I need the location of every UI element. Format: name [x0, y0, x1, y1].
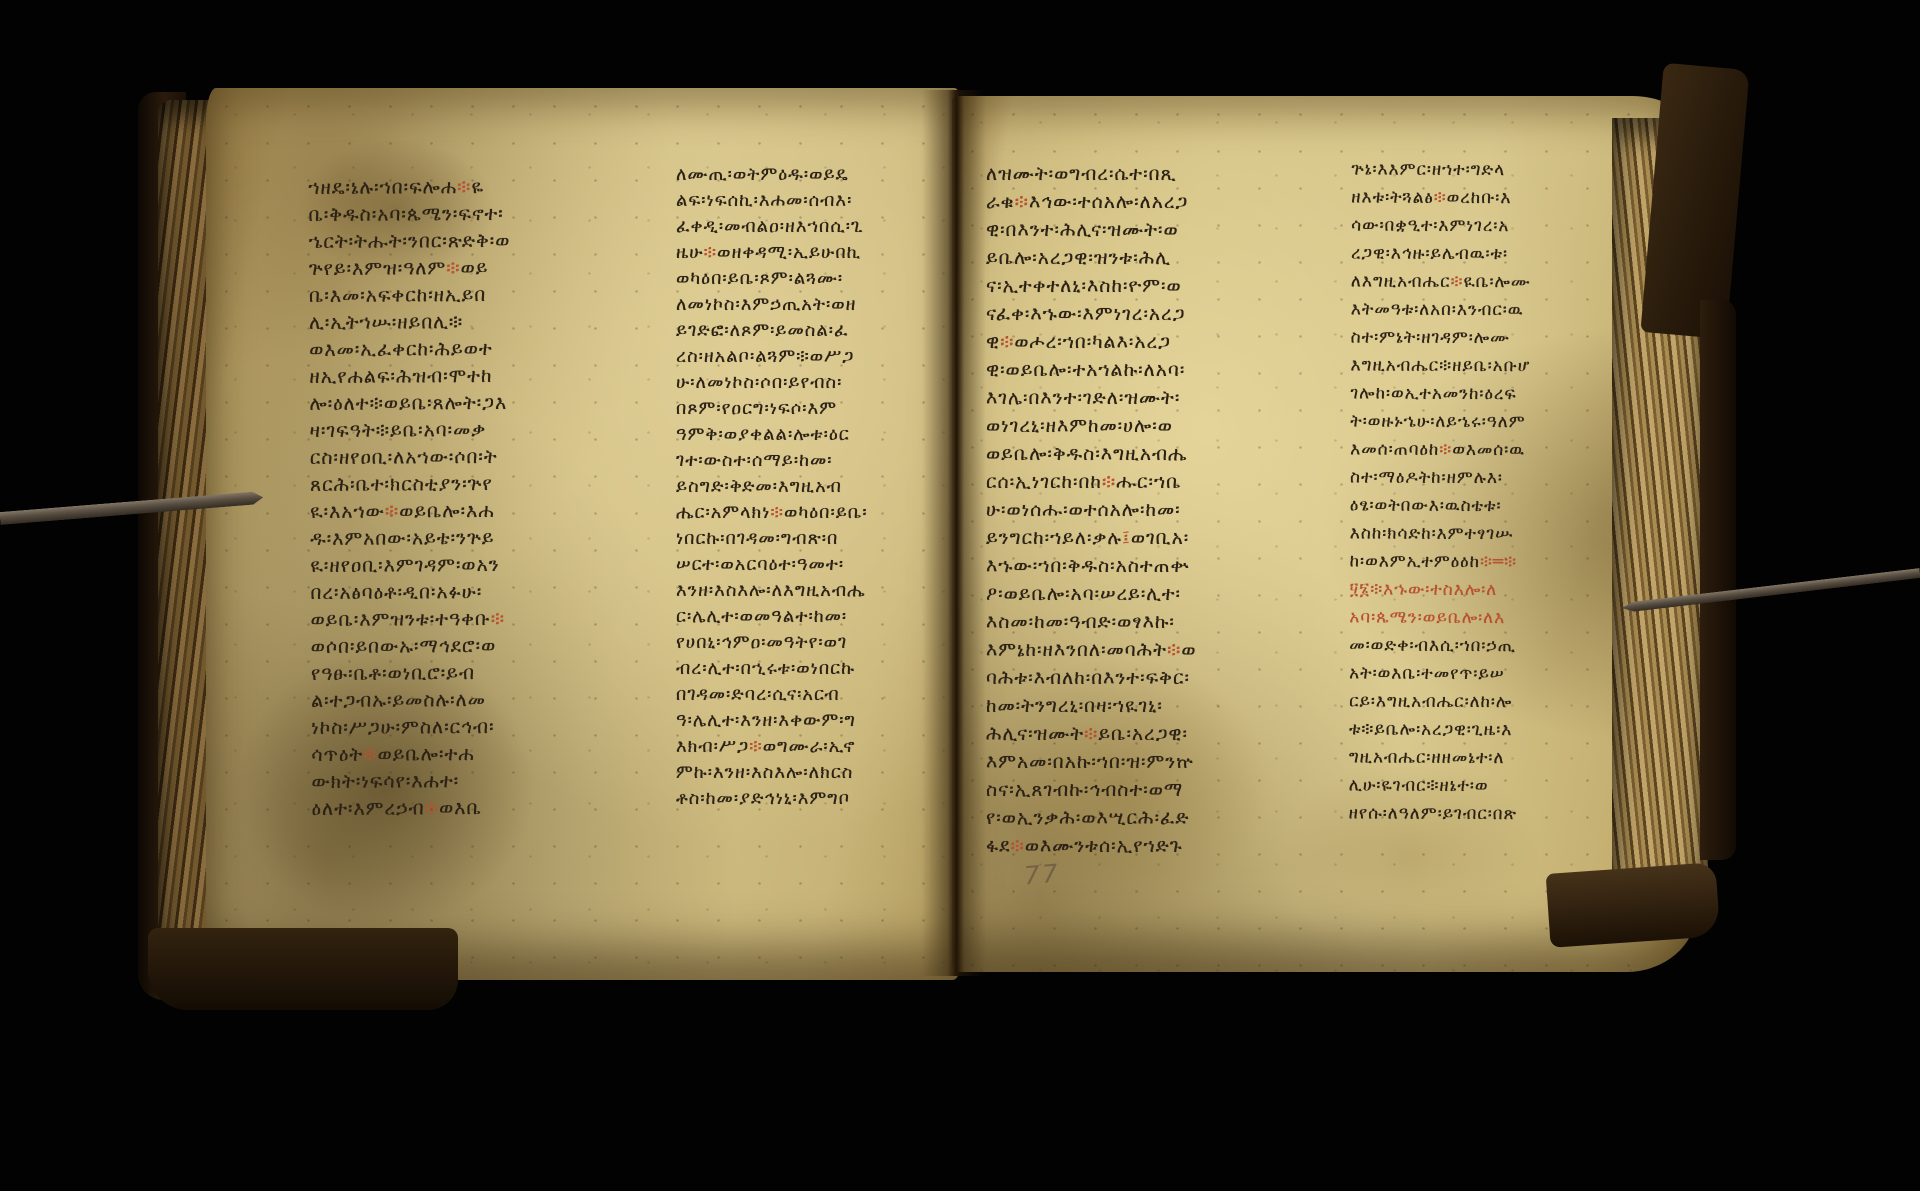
rubric-run: ፨	[1102, 471, 1116, 493]
ink-run: ወይቤሎ፡ቅዱስ፡እግዚአብሔ	[986, 443, 1188, 465]
text-line: እግዚአብሔር፨ዘይቤ፡አቡሆ	[1350, 351, 1608, 380]
ink-run: ርይ፡እግዚአብሔር፡ለከ፡ሎ	[1349, 691, 1512, 712]
ink-run: ዘየሱ፡ለዓለም፡ይገብር፡በጽ	[1349, 803, 1517, 824]
ink-run: ሕሊና፡ዝሙት	[986, 723, 1084, 745]
rubric-run: ፨	[749, 736, 763, 757]
text-line: ሠርተ፡ወአርባዕተ፡ዓመተ፡	[676, 552, 964, 578]
ink-run: ወሶበ፡ይበውኡ፡ማኅደሮ፡ወ	[311, 635, 497, 658]
ink-run: መ፡ወድቀ፡ብእሲ፡ኀበ፡ኃጢ	[1349, 635, 1516, 656]
text-line: ዊ፡ወይቤሎ፡ተአኀልኩ፡ለአባ፡	[986, 356, 1322, 384]
text-line: እስከ፡ክሳድከ፡እምተፃገሡ	[1350, 519, 1608, 548]
text-line: ዜሁ፨ወዘቀዳሚ፡ኢይሁበኪ	[676, 240, 964, 266]
ink-run: ሑር፡ኀቤ	[1116, 471, 1181, 493]
ink-run: ወካዕበ፡ይቤ፡	[784, 502, 868, 523]
ink-run: እትመዓቱ፡ለአበ፡እንብር፡ዉ	[1351, 299, 1524, 320]
ink-run: ወገቢአ፡	[1131, 527, 1189, 549]
text-line: ብረ፡ሊተ፡በኂሩቱ፡ወነበርኩ	[676, 656, 964, 682]
text-line: እኁው፡ኀበ፡ቅዱስ፡አስተጠቍ	[986, 552, 1322, 580]
ink-run: አት፡ወእቤ፡ተመየጥ፡ይሠ	[1349, 663, 1504, 684]
text-line: ረስ፡ዘአልቦ፡ልጓም፨ወሥጋ	[676, 344, 964, 370]
text-line: እገሌ፡በእንተ፡ገድለ፡ዝሙት፡	[986, 384, 1322, 412]
rubric-run: ፨	[1000, 331, 1014, 353]
ink-run: እመሰ፡ጠባዕከ	[1350, 439, 1439, 459]
ink-run: ይስግድ፡ቅድመ፡እግዚአብ	[676, 476, 842, 497]
ink-run: ልፍ፡ነፍሰኪ፡እሐመ፡ሰብእ፡	[676, 190, 852, 211]
ink-run: ወ	[1181, 639, 1196, 661]
text-line: ርሰ፡ኢነገርከ፡በከ፨ሑር፡ኀቤ	[986, 468, 1322, 496]
text-line: ቱ፨ይቤሎ፡አረጋዊ፡ጊዜ፡እ	[1349, 715, 1607, 744]
text-line: ለዝሙት፡ወግብረ፡ሴተ፡በጺ	[986, 160, 1322, 188]
ink-run: ሊ፡ኢትኀሡ፡ዘይበሊ፨	[309, 311, 463, 334]
ink-run: ወእሙንቱሰ፡ኢየኀድጉ	[1025, 835, 1183, 857]
text-line: አት፡ወእቤ፡ተመየጥ፡ይሠ	[1349, 659, 1607, 688]
text-line: ነኮስ፡ሥጋሁ፡ምስለ፡ርኅብ፡	[311, 713, 663, 742]
ink-run: ዘእቱ፡ትጓልፅ	[1351, 187, 1434, 207]
text-line: ቤ፡ቅዱስ፡አባ፡ጴሜን፡ፍኖተ፡	[308, 200, 660, 229]
ink-run: ግዚአብሔር፡ዘዘመኔተ፡ለ	[1349, 747, 1505, 768]
text-line: ዕፄ፡ወትበውእ፡ዉስቴቱ፡	[1350, 491, 1608, 520]
text-line: ወእመ፡ኢፈቀርከ፡ሕይወተ	[309, 335, 661, 364]
ink-run: ነበርኩ፡በገዳመ፡ግብጽ፡በ	[676, 528, 838, 549]
text-line: ፋደ፨ወእሙንቱሰ፡ኢየኀድጉ	[986, 832, 1322, 860]
ink-run: ብረ፡ሊተ፡በኂሩቱ፡ወነበርኩ	[676, 658, 855, 679]
ink-run: ለዝሙት፡ወግብረ፡ሴተ፡በጺ	[986, 163, 1177, 185]
text-line: ግዚአብሔር፡ዘዘመኔተ፡ለ	[1349, 743, 1607, 772]
ink-run: እስከ፡ክሳድከ፡እምተፃገሡ	[1350, 523, 1514, 544]
text-line: እመሰ፡ጠባዕከ፨ወእመሰ፡ዉ	[1350, 435, 1608, 464]
ink-run: ፋደ	[986, 835, 1010, 857]
ink-run: ምኩ፡እንዘ፡እስእሎ፡ለክርስ	[676, 762, 853, 783]
ink-run: ቤ፡ቅዱስ፡አባ፡ጴሜን፡ፍኖተ፡	[308, 203, 503, 226]
text-line: ነበርኩ፡በገዳመ፡ግብጽ፡በ	[676, 526, 964, 552]
text-line: ፶፮፨እኁው፡ተስእሎ፡ለ	[1350, 575, 1608, 604]
ink-run: ቱ፨ይቤሎ፡አረጋዊ፡ጊዜ፡እ	[1349, 719, 1512, 740]
ink-run: ወይቤሎ፡ተሐ	[378, 743, 475, 766]
ink-run: ፈቀዲ፡መብልዐ፡ዘእኀበሲ፡ጊ	[676, 216, 864, 237]
ink-run: ወካዕበ፡ይቤ፡ጾም፡ልጓሙ፡	[676, 268, 843, 289]
text-line: ምኩ፡እንዘ፡እስእሎ፡ለክርስ	[676, 760, 964, 786]
ink-run: እንዘ፡እስእሎ፡ለእግዚአብሔ	[676, 580, 866, 601]
ink-run: በጾም፡የዐርግ፡ነፍሶ፡እም	[676, 398, 837, 419]
rubric-run: ፨	[446, 257, 460, 279]
ink-run: ርስ፡ዘየዐቢ፡ለአኀው፡ሶበ፡ት	[310, 446, 498, 469]
ink-run: እምኔከ፡ዘእንበለ፡መባሕት	[986, 639, 1167, 661]
ink-run: ሁ፡ለመነኮስ፡ሶበ፡ይየብስ፡	[676, 372, 842, 393]
text-line: መ፡ወድቀ፡ብእሲ፡ኀበ፡ኃጢ	[1349, 631, 1607, 660]
ink-run: ዛ፡ገፍዓት፨ይቤ፡አባ፡መቃ	[310, 419, 487, 442]
ink-run: ለእግዚአብሔር	[1351, 271, 1451, 291]
text-line: እስመ፡ከመ፡ዓብድ፡ወፃእኩ፡	[986, 608, 1322, 636]
ink-run: ዘኢየሐልፍ፡ሕዝብ፡ሞተከ	[309, 365, 492, 388]
text-line: ስና፡ኢጸገብኩ፡ኅብስተ፡ወማ	[986, 776, 1322, 804]
text-line: ዘየሱ፡ለዓለም፡ይገብር፡በጽ	[1349, 799, 1607, 828]
ink-run: ወሖረ፡ኀበ፡ካልእ፡አረጋ	[1014, 331, 1170, 353]
text-line: ሕሊና፡ዝሙት፨ይቤ፡አረጋዊ፡	[986, 720, 1322, 748]
text-line: ጸርሕ፡ቤተ፡ክርስቲያን፡ጕየ	[310, 470, 662, 499]
rubric-run: ፤	[1122, 527, 1131, 549]
text-line: ወካዕበ፡ይቤ፡ጾም፡ልጓሙ፡	[676, 266, 964, 292]
text-line: በገዳመ፡ድባረ፡ሲና፡አርብ	[676, 682, 964, 708]
ink-run: ሊሁ፡ዬገብር፨ዘኔተ፡ወ	[1349, 775, 1489, 796]
rubric-run: አባ፡ጴሜን፡ወይቤሎ፡ለእ	[1349, 607, 1505, 628]
ink-run: ወእቤ	[439, 797, 482, 819]
ink-run: ናፈቀ፡እኁው፡እምነገረ፡አረጋ	[986, 303, 1185, 325]
ink-run: ዱ፡እምአበው፡አይቴ፡ንጕይ	[310, 527, 494, 550]
ink-run: ይቤ፡አረጋዊ፡	[1098, 723, 1188, 745]
ink-run: ሎ፡ዕለተ፨ወይቤ፡ጸሎት፡ጋእ	[309, 392, 507, 415]
rubric-run: ፨	[1010, 835, 1024, 857]
text-line: የሀበኒ፡ኅምዐ፡መዓትየ፡ወገ	[676, 630, 964, 656]
text-line: ሁ፡ወነሰሑ፡ወተሰአሎ፡ከመ፡	[986, 496, 1322, 524]
text-line: ወይቤ፡እምዝንቱ፡ተዓቀቡ፨	[311, 605, 663, 634]
text-line: ት፡ወዙኑኄሁ፡ለይኄሩ፡ዓለም	[1350, 407, 1608, 436]
ink-run: በገዳመ፡ድባረ፡ሲና፡አርብ	[676, 684, 840, 705]
rubric-run: ፨	[425, 797, 439, 819]
text-line: ወነገረኒ፡ዘእምከመ፡ሀሎ፡ወ	[986, 412, 1322, 440]
ink-run: ዪ፡እአኀው	[310, 501, 385, 523]
ink-run: ጸርሕ፡ቤተ፡ክርስቲያን፡ጕየ	[310, 473, 493, 496]
text-line: ዓምቅ፡ወያቀልል፡ሎቱ፡ዕር	[676, 422, 964, 448]
ink-run: ዜሁ	[676, 242, 704, 263]
text-line: ገተ፡ውስተ፡ሰማይ፡ከመ፡	[676, 448, 964, 474]
text-line: ዪ፡እአኀው፨ወይቤሎ፡እሐ	[310, 497, 662, 526]
ink-run: ዓምቅ፡ወያቀልል፡ሎቱ፡ዕር	[676, 424, 850, 445]
text-line: በረ፡አፅባዕቶ፡ዲበ፡አፉሁ፡	[310, 578, 662, 607]
rubric-run: ፨	[1450, 272, 1463, 292]
right-page-column-1: ለዝሙት፡ወግብረ፡ሴተ፡በጺራቁ፨እኅው፡ተሰአሎ፡ለአረጋዊ፡በእንተ፡ሕሊ…	[986, 160, 1322, 860]
text-line: ርስ፡ዘየዐቢ፡ለአኀው፡ሶበ፡ት	[310, 443, 662, 472]
rubric-run: ፨	[385, 500, 399, 522]
ink-run: ወነገረኒ፡ዘእምከመ፡ሀሎ፡ወ	[986, 415, 1173, 437]
rubric-run: ፨	[1167, 639, 1181, 661]
ink-run: ሠርተ፡ወአርባዕተ፡ዓመተ፡	[676, 554, 844, 575]
ink-run: ል፡ተጋብኡ፡ይመስሉ፡ለመ	[311, 689, 486, 712]
right-page-column-2: ጕኔ፡እእምር፡ዘኀተ፡ግድላዘእቱ፡ትጓልፅ፨ወረከቡ፡እሳው፡በቋዒተ፡እም…	[1349, 155, 1610, 828]
text-line: ናፈቀ፡እኁው፡እምነገረ፡አረጋ	[986, 300, 1322, 328]
ink-run: ዊ	[986, 331, 1000, 353]
text-line: ይስግድ፡ቅድመ፡እግዚአብ	[676, 474, 964, 500]
ink-run: ውክት፡ነፍሳየ፡እሐተ፡	[311, 770, 459, 793]
ink-run: ቶስ፡ከመ፡ያድኅነኒ፡እምግቦ	[676, 788, 850, 809]
text-line: ዘኢየሐልፍ፡ሕዝብ፡ሞተከ	[309, 362, 661, 391]
ink-run: እክብ፡ሥጋ	[676, 736, 749, 757]
text-line: ቤ፡እመ፡አፍቀርከ፡ዘኢይበ	[309, 281, 661, 310]
text-line: ጕኔ፡እእምር፡ዘኀተ፡ግድላ	[1351, 155, 1609, 184]
ink-run: ከመ፡ትንግረኒ፡በዛ፡ኀዪገኒ፡	[986, 695, 1163, 717]
text-line: ከመ፡ትንግረኒ፡በዛ፡ኀዪገኒ፡	[986, 692, 1322, 720]
ink-run: ወእመ፡ኢፈቀርከ፡ሕይወተ	[309, 338, 493, 361]
ink-run: ና፡ኢተቀተለኒ፡እስከ፡ዮም፡ወ	[986, 275, 1182, 297]
ink-run: ወዘቀዳሚ፡ኢይሁበኪ	[717, 242, 861, 263]
ink-run: ዪ፡ዘየዐቢ፡እምገዳም፡ወአን	[310, 554, 499, 577]
text-line: ራቁ፨እኅው፡ተሰአሎ፡ለአረጋ	[986, 188, 1322, 216]
text-line: ዪ፡ዘየዐቢ፡እምገዳም፡ወአን	[310, 551, 662, 580]
rubric-run: ፨	[770, 502, 784, 523]
ink-run: በረ፡አፅባዕቶ፡ዲበ፡አፉሁ፡	[310, 581, 482, 604]
text-line: ቶስ፡ከመ፡ያድኅነኒ፡እምግቦ	[676, 786, 964, 812]
ink-run: የ፡ወኢንቃሕ፡ወእሢርሕ፡ፈድ	[986, 807, 1190, 829]
ink-run: ርሰ፡ኢነገርከ፡በከ	[986, 471, 1102, 493]
ink-run: ሳው፡በቋዒተ፡እምነገረ፡አ	[1351, 215, 1509, 236]
rubric-run: ፨	[1084, 723, 1098, 745]
text-line: አባ፡ጴሜን፡ወይቤሎ፡ለእ	[1349, 603, 1607, 632]
ink-run: ዕለተ፡እምረኃብ	[312, 797, 425, 820]
ink-run: ሳጥዕት	[311, 744, 363, 766]
text-line: ዖ፡ወይቤሎ፡አባ፡ሠረይ፡ሊተ፡	[986, 580, 1322, 608]
ink-run: ስና፡ኢጸገብኩ፡ኅብስተ፡ወማ	[986, 779, 1183, 801]
pencil-page-number: 77	[1023, 858, 1061, 890]
ink-run: ወግሙራ፡ኢኖ	[763, 736, 856, 757]
ink-run: የዓፁ፡ቤቶ፡ወነቢሮ፡ይብ	[311, 662, 475, 685]
ink-run: ስተ፡ማዕዶትከ፡ዘምሉእ፡	[1350, 467, 1503, 488]
ink-run: ወይ	[461, 257, 489, 279]
text-line: ገሎከ፡ወኢተአመንከ፡ዕረፍ	[1350, 379, 1608, 408]
text-line: ዱ፡እምአበው፡አይቴ፡ንጕይ	[310, 524, 662, 553]
text-line: በጾም፡የዐርግ፡ነፍሶ፡እም	[676, 396, 964, 422]
text-line: ኄርት፡ትሑት፡ንበር፡ጽድቅ፡ወ	[309, 227, 661, 256]
text-line: ሎ፡ዕለተ፨ወይቤ፡ጸሎት፡ጋእ	[309, 389, 661, 418]
left-page-column-1: ኀዘዴ፡ኔሉ፡ኀበ፡ፍሎሐ፨ዬቤ፡ቅዱስ፡አባ፡ጴሜን፡ፍኖተ፡ኄርት፡ትሑት፡…	[308, 173, 663, 823]
text-line: ር፡ሌሊተ፡ወመዓልተ፡ከመ፡	[676, 604, 964, 630]
ink-run: ዓ፡ሌሊተ፡እንዘ፡እቀውም፡ግ	[676, 710, 856, 731]
text-line: ዘእቱ፡ትጓልፅ፨ወረከቡ፡እ	[1351, 183, 1609, 212]
text-line: ውክት፡ነፍሳየ፡እሐተ፡	[311, 767, 663, 796]
text-line: ለሙጢ፡ወትምዕዱ፡ወይዴ	[676, 162, 964, 188]
text-line: ባሕቱ፡እብለከ፡በእንተ፡ፍቅር፡	[986, 664, 1322, 692]
ink-run: ወእመሰ፡ዉ	[1452, 440, 1525, 460]
text-line: ልፍ፡ነፍሰኪ፡እሐመ፡ሰብእ፡	[676, 188, 964, 214]
ink-run: ለመነኮስ፡እምኃጢአት፡ወዘ	[676, 294, 856, 315]
ink-run: ጕኔ፡እእምር፡ዘኀተ፡ግድላ	[1351, 159, 1505, 180]
rubric-run: ፨	[363, 744, 377, 766]
text-line: ርይ፡እግዚአብሔር፡ለከ፡ሎ	[1349, 687, 1607, 716]
ink-run: ጕየይ፡እምዝ፡ዓለም	[309, 257, 447, 280]
text-line: ወሶበ፡ይበውኡ፡ማኅደሮ፡ወ	[311, 632, 663, 661]
left-page-column-2: ለሙጢ፡ወትምዕዱ፡ወይዴልፍ፡ነፍሰኪ፡እሐመ፡ሰብእ፡ፈቀዲ፡መብልዐ፡ዘእ…	[676, 162, 964, 812]
rubric-run: ፶፮፨እኁው፡ተስእሎ፡ለ	[1350, 579, 1498, 600]
bottom-cover-edge-right	[1546, 862, 1721, 948]
ink-run: ረጋዊ፡እኅዙ፡ይሌብዉ፡ቱ፡	[1351, 243, 1508, 264]
ink-run: እስመ፡ከመ፡ዓብድ፡ወፃእኩ፡	[986, 611, 1175, 633]
rubric-run: ፨═፨	[1480, 552, 1517, 572]
ink-run: ረስ፡ዘአልቦ፡ልጓም፨ወሥጋ	[676, 346, 854, 367]
ink-run: ስተ፡ምኔት፡ዘገዳም፡ሎሙ	[1351, 327, 1510, 348]
ink-run: እገሌ፡በእንተ፡ገድለ፡ዝሙት፡	[986, 387, 1180, 409]
ink-run: ኄርት፡ትሑት፡ንበር፡ጽድቅ፡ወ	[309, 230, 511, 253]
manuscript-photograph: ኀዘዴ፡ኔሉ፡ኀበ፡ፍሎሐ፨ዬቤ፡ቅዱስ፡አባ፡ጴሜን፡ፍኖተ፡ኄርት፡ትሑት፡…	[0, 0, 1920, 1191]
text-line: ሁ፡ለመነኮስ፡ሶበ፡ይየብስ፡	[676, 370, 964, 396]
text-line: ዕለተ፡እምረኃብ፨ወእቤ	[312, 794, 664, 823]
ink-run: እኅው፡ተሰአሎ፡ለአረጋ	[1029, 191, 1188, 213]
rubric-run: ፨	[1439, 440, 1452, 460]
ink-run: ዬ	[471, 176, 484, 198]
left-page: ኀዘዴ፡ኔሉ፡ኀበ፡ፍሎሐ፨ዬቤ፡ቅዱስ፡አባ፡ጴሜን፡ፍኖተ፡ኄርት፡ትሑት፡…	[206, 88, 958, 980]
ink-run: ራቁ	[986, 191, 1015, 213]
ink-run: ከ፡ወእምኢተምዕዕከ	[1350, 551, 1480, 572]
ink-run: ኀዘዴ፡ኔሉ፡ኀበ፡ፍሎሐ	[308, 176, 457, 199]
rubric-run: ፨	[1015, 191, 1029, 213]
text-line: ለእግዚአብሔር፨ዪቤ፡ሎሙ	[1351, 267, 1609, 296]
text-line: ሊሁ፡ዬገብር፨ዘኔተ፡ወ	[1349, 771, 1607, 800]
text-line: የ፡ወኢንቃሕ፡ወእሢርሕ፡ፈድ	[986, 804, 1322, 832]
right-page: ለዝሙት፡ወግብረ፡ሴተ፡በጺራቁ፨እኅው፡ተሰአሎ፡ለአረጋዊ፡በእንተ፡ሕሊ…	[952, 96, 1696, 972]
ink-run: ሔር፡አምላክነ	[676, 502, 770, 523]
ink-run: ገተ፡ውስተ፡ሰማይ፡ከመ፡	[676, 450, 833, 471]
text-line: የዓፁ፡ቤቶ፡ወነቢሮ፡ይብ	[311, 659, 663, 688]
ink-run: ዊ፡በእንተ፡ሕሊና፡ዝሙት፡ወ	[986, 219, 1179, 241]
ink-run: እግዚአብሔር፨ዘይቤ፡አቡሆ	[1351, 355, 1531, 376]
right-cover-edge	[1700, 300, 1736, 860]
text-line: ለመነኮስ፡እምኃጢአት፡ወዘ	[676, 292, 964, 318]
text-line: ሔር፡አምላክነ፨ወካዕበ፡ይቤ፡	[676, 500, 964, 526]
ink-run: ይቤሎ፡አረጋዊ፡ዝንቱ፡ሕሊ	[986, 247, 1171, 269]
text-line: ሳው፡በቋዒተ፡እምነገረ፡አ	[1351, 211, 1609, 240]
ink-run: የሀበኒ፡ኅምዐ፡መዓትየ፡ወገ	[676, 632, 847, 653]
text-line: ስተ፡ማዕዶትከ፡ዘምሉእ፡	[1350, 463, 1608, 492]
ink-run: ወይቤሎ፡እሐ	[399, 500, 495, 522]
ink-run: ይገድፎ፡ለጾም፡ይመስል፡ፈ	[676, 320, 849, 341]
ink-run: ነኮስ፡ሥጋሁ፡ምስለ፡ርኅብ፡	[311, 716, 495, 739]
text-line: እክብ፡ሥጋ፨ወግሙራ፡ኢኖ	[676, 734, 964, 760]
ink-run: ዊ፡ወይቤሎ፡ተአኀልኩ፡ለአባ፡	[986, 359, 1185, 381]
ink-run: ለሙጢ፡ወትምዕዱ፡ወይዴ	[676, 164, 849, 185]
rubric-run: ፨	[491, 608, 505, 630]
text-line: ዊ፡በእንተ፡ሕሊና፡ዝሙት፡ወ	[986, 216, 1322, 244]
text-line: ዛ፡ገፍዓት፨ይቤ፡አባ፡መቃ	[310, 416, 662, 445]
ink-run: ይንግርከ፡ኀይለ፡ቃሉ	[986, 527, 1122, 549]
ink-run: ዖ፡ወይቤሎ፡አባ፡ሠረይ፡ሊተ፡	[986, 583, 1181, 605]
text-line: እምኔከ፡ዘእንበለ፡መባሕት፨ወ	[986, 636, 1322, 664]
text-line: እምአመ፡በአኩ፡ኀበ፡ዝ፡ምንኵ	[986, 748, 1322, 776]
text-line: ል፡ተጋብኡ፡ይመስሉ፡ለመ	[311, 686, 663, 715]
ink-run: እኁው፡ኀበ፡ቅዱስ፡አስተጠቍ	[986, 555, 1190, 577]
text-line: እንዘ፡እስእሎ፡ለእግዚአብሔ	[676, 578, 964, 604]
rubric-run: ፨	[457, 176, 471, 198]
ink-run: ቤ፡እመ፡አፍቀርከ፡ዘኢይበ	[309, 284, 486, 307]
text-line: ሊ፡ኢትኀሡ፡ዘይበሊ፨	[309, 308, 661, 337]
ink-run: ገሎከ፡ወኢተአመንከ፡ዕረፍ	[1350, 383, 1516, 404]
ink-run: ባሕቱ፡እብለከ፡በእንተ፡ፍቅር፡	[986, 667, 1190, 689]
rubric-run: ፨	[1434, 188, 1447, 208]
ink-run: ዪቤ፡ሎሙ	[1463, 272, 1530, 292]
ink-run: ር፡ሌሊተ፡ወመዓልተ፡ከመ፡	[676, 606, 847, 627]
text-line: ከ፡ወእምኢተምዕዕከ፨═፨	[1350, 547, 1608, 576]
ink-run: ወይቤ፡እምዝንቱ፡ተዓቀቡ	[311, 608, 491, 631]
text-line: ፈቀዲ፡መብልዐ፡ዘእኀበሲ፡ጊ	[676, 214, 964, 240]
text-line: ረጋዊ፡እኅዙ፡ይሌብዉ፡ቱ፡	[1351, 239, 1609, 268]
text-line: ወይቤሎ፡ቅዱስ፡እግዚአብሔ	[986, 440, 1322, 468]
text-line: ይንግርከ፡ኀይለ፡ቃሉ፤ወገቢአ፡	[986, 524, 1322, 552]
text-line: ይገድፎ፡ለጾም፡ይመስል፡ፈ	[676, 318, 964, 344]
text-line: ዓ፡ሌሊተ፡እንዘ፡እቀውም፡ግ	[676, 708, 964, 734]
text-line: ና፡ኢተቀተለኒ፡እስከ፡ዮም፡ወ	[986, 272, 1322, 300]
text-line: ጕየይ፡እምዝ፡ዓለም፨ወይ	[309, 254, 661, 283]
ink-run: ዕፄ፡ወትበውእ፡ዉስቴቱ፡	[1350, 495, 1502, 516]
ink-run: ወረከቡ፡እ	[1447, 188, 1512, 208]
text-line: እትመዓቱ፡ለአበ፡እንብር፡ዉ	[1351, 295, 1609, 324]
text-line: ሳጥዕት፨ወይቤሎ፡ተሐ	[311, 740, 663, 769]
ink-run: ሁ፡ወነሰሑ፡ወተሰአሎ፡ከመ፡	[986, 499, 1181, 521]
ink-run: ት፡ወዙኑኄሁ፡ለይኄሩ፡ዓለም	[1350, 411, 1525, 432]
text-line: ይቤሎ፡አረጋዊ፡ዝንቱ፡ሕሊ	[986, 244, 1322, 272]
text-line: ዊ፨ወሖረ፡ኀበ፡ካልእ፡አረጋ	[986, 328, 1322, 356]
text-line: ኀዘዴ፡ኔሉ፡ኀበ፡ፍሎሐ፨ዬ	[308, 173, 660, 202]
bottom-cover-edge-left	[148, 928, 458, 1010]
ink-run: እምአመ፡በአኩ፡ኀበ፡ዝ፡ምንኵ	[986, 751, 1194, 773]
text-line: ስተ፡ምኔት፡ዘገዳም፡ሎሙ	[1351, 323, 1609, 352]
rubric-run: ፨	[704, 242, 718, 263]
